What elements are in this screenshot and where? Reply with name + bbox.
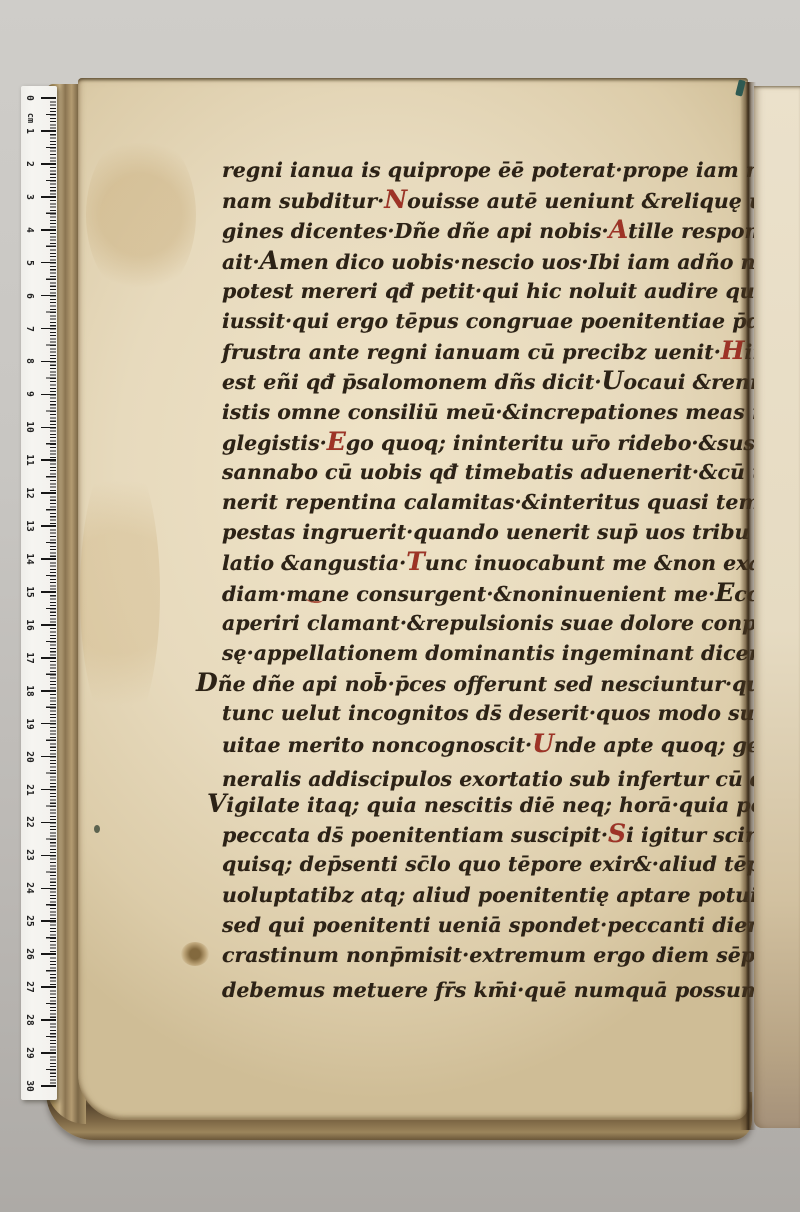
rubricated-initial: A bbox=[609, 215, 628, 244]
rubricated-initial: S bbox=[608, 819, 626, 848]
text-segment: potest mereri qđ petit·qui hic noluit au… bbox=[222, 279, 783, 303]
ruler-cm-tick bbox=[41, 196, 56, 198]
text-segment: men dico uobis·nescio uos·Ibi iam adño n… bbox=[279, 250, 784, 274]
text-segment: regni ianua is quiprope ēē poterat·prope… bbox=[222, 158, 800, 182]
text-segment: frustra ante regni ianuam cū precibz uen… bbox=[222, 340, 721, 364]
ruler-cm-tick bbox=[41, 558, 56, 560]
ruler-cm-number: 28 bbox=[23, 1013, 35, 1027]
ruler-cm-number: 15 bbox=[23, 585, 35, 599]
ruler-cm-tick bbox=[41, 1085, 56, 1087]
manuscript-text-line: gines dicentes·Dñe dñe api nobis·Atille … bbox=[222, 215, 734, 245]
text-segment: ait· bbox=[222, 250, 260, 274]
ruler-cm-tick bbox=[41, 163, 56, 165]
manuscript-text-line: Vigilate itaq; quia nescitis diē neq; ho… bbox=[207, 789, 734, 819]
text-segment: gines dicentes·Dñe dñe api nobis· bbox=[222, 219, 609, 243]
manuscript-text-line: sed qui poenitenti ueniā spondet·peccant… bbox=[222, 910, 734, 940]
ruler-cm-number: 5 bbox=[23, 256, 35, 270]
ruler-cm-tick bbox=[41, 459, 56, 461]
photo-backdrop: regni ianua is quiprope ēē poterat·prope… bbox=[0, 0, 800, 1212]
ruler-cm-number: 30 bbox=[23, 1079, 35, 1093]
manuscript-text-line: peccata ds̄ poenitentiam suscipit·Si igi… bbox=[222, 819, 734, 849]
ruler-cm-tick bbox=[41, 624, 56, 626]
ruler-cm-number: 29 bbox=[23, 1046, 35, 1060]
manuscript-text-line: nam subditur·Nouisse autē ueniunt &reliq… bbox=[222, 185, 734, 215]
text-segment: sę·appellationem dominantis ingeminant d… bbox=[222, 641, 800, 665]
ruler-cm-tick bbox=[41, 1019, 56, 1021]
ruler-cm-tick bbox=[41, 789, 56, 791]
rubricated-initial: N bbox=[384, 185, 407, 214]
stain bbox=[80, 448, 160, 738]
ruler-cm-tick bbox=[41, 756, 56, 758]
ruler-cm-tick bbox=[41, 986, 56, 988]
text-segment: latio &angustia· bbox=[222, 551, 406, 575]
ruler-cm-tick bbox=[41, 1052, 56, 1054]
facing-page-edge bbox=[754, 86, 800, 1128]
ruler-cm-number: 4 bbox=[23, 223, 35, 237]
manuscript-text-line: istis omne consiliū meū·&increpationes m… bbox=[222, 397, 734, 427]
ruler-cm-tick bbox=[41, 295, 56, 297]
text-segment: peccata ds̄ poenitentiam suscipit· bbox=[222, 823, 608, 847]
ruler-cm-tick bbox=[41, 591, 56, 593]
manuscript-text-line: uoluptatibz atq; aliud poenitentię aptar… bbox=[222, 880, 734, 910]
text-segment: est eñi qđ p̄salomonem dñs dicit· bbox=[222, 370, 602, 394]
manuscript-page: regni ianua is quiprope ēē poterat·prope… bbox=[78, 78, 748, 1120]
ruler-cm-tick bbox=[41, 427, 56, 429]
stain bbox=[94, 825, 100, 833]
manuscript-text-line: iussit·qui ergo tēpus congruae poenitent… bbox=[222, 306, 734, 336]
text-segment: pestas ingruerit·quando uenerit sup̄ uos… bbox=[222, 520, 749, 544]
ruler-cm-number: 13 bbox=[23, 519, 35, 533]
ruler-cm-tick bbox=[41, 657, 56, 659]
manuscript-text-line: debemus metuere fr̄s km̄i·quē numquā pos… bbox=[222, 970, 734, 1000]
ruler-cm-number: 21 bbox=[23, 783, 35, 797]
measuring-ruler: cm 0123456789101112131415161718192021222… bbox=[21, 86, 57, 1100]
initial-letter: D bbox=[196, 668, 218, 697]
stain bbox=[181, 942, 209, 966]
text-segment: istis omne consiliū meū·&increpationes m… bbox=[222, 400, 780, 424]
ruler-cm-number: 17 bbox=[23, 651, 35, 665]
ruler-cm-tick bbox=[41, 723, 56, 725]
ruler-cm-tick bbox=[41, 130, 56, 132]
text-segment: nam subditur· bbox=[222, 189, 384, 213]
ruler-cm-number: 10 bbox=[23, 420, 35, 434]
ruler-cm-tick bbox=[41, 953, 56, 955]
ruler-cm-number: 3 bbox=[23, 190, 35, 204]
manuscript-text-line: tunc uelut incognitos ds̄ deserit·quos m… bbox=[222, 698, 734, 728]
text-segment: quisq; dep̄senti sc̄lo quo tēpore exir&·… bbox=[222, 852, 787, 876]
ruler-cm-number: 1 bbox=[23, 124, 35, 138]
rubricated-initial: E bbox=[327, 427, 346, 456]
ruler-cm-tick bbox=[41, 690, 56, 692]
manuscript-text-line: glegistis·Ego quoq; ininteritu ur̄o ride… bbox=[222, 427, 734, 457]
stain bbox=[86, 130, 196, 300]
manuscript-text-line: pestas ingruerit·quando uenerit sup̄ uos… bbox=[222, 517, 734, 547]
manuscript-text-line: nerit repentina calamitas·&interitus qua… bbox=[222, 487, 734, 517]
manuscript-text-block: regni ianua is quiprope ēē poterat·prope… bbox=[222, 155, 734, 1000]
ruler-cm-number: 27 bbox=[23, 980, 35, 994]
ruler-cm-number: 19 bbox=[23, 717, 35, 731]
ruler-cm-number: 9 bbox=[23, 387, 35, 401]
manuscript-text-line: uitae merito noncognoscit·Unde apte quoq… bbox=[222, 729, 734, 759]
manuscript-text-line: Dñe dñe api nob̄·p̄ces offerunt sed nesc… bbox=[196, 668, 734, 698]
ruler-cm-number: 2 bbox=[23, 157, 35, 171]
ruler-cm-number: 0 bbox=[23, 91, 35, 105]
manuscript-text-line: est eñi qđ p̄salomonem dñs dicit·Uocaui … bbox=[222, 366, 734, 396]
text-segment: tunc uelut incognitos ds̄ deserit·quos m… bbox=[222, 701, 780, 725]
initial-letter: E bbox=[715, 578, 734, 607]
ruler-cm-tick bbox=[41, 361, 56, 363]
ruler-cm-tick bbox=[41, 229, 56, 231]
manuscript-text-line: frustra ante regni ianuam cū precibz uen… bbox=[222, 336, 734, 366]
ruler-cm-tick bbox=[41, 888, 56, 890]
text-segment: nerit repentina calamitas·&interitus qua… bbox=[222, 490, 760, 514]
text-segment: neralis addiscipulos exortatio sub infer… bbox=[222, 767, 800, 791]
text-segment: unc inuocabunt me &non exau bbox=[425, 551, 777, 575]
initial-letter: V bbox=[207, 789, 226, 818]
manuscript-text-line: diam·mane consurgent·&noninuenient me·Ec… bbox=[222, 578, 734, 608]
manuscript-text-line: ait·Amen dico uobis·nescio uos·Ibi iam a… bbox=[222, 246, 734, 276]
ruler-cm-number: 23 bbox=[23, 848, 35, 862]
text-segment: sed qui poenitenti ueniā spondet·peccant… bbox=[222, 913, 769, 937]
ruler-cm-tick bbox=[41, 525, 56, 527]
ruler-cm-tick bbox=[41, 262, 56, 264]
ruler-cm-number: 24 bbox=[23, 881, 35, 895]
manuscript-text-line: neralis addiscipulos exortatio sub infer… bbox=[222, 759, 734, 789]
initial-letter: A bbox=[260, 246, 279, 275]
manuscript-text-line: crastinum nonp̄misit·extremum ergo diem … bbox=[222, 940, 734, 970]
manuscript-text-line: sannabo cū uobis qđ timebatis aduenerit·… bbox=[222, 457, 734, 487]
ruler-cm-tick bbox=[41, 97, 56, 99]
ruler-cm-number: 22 bbox=[23, 815, 35, 829]
text-segment: ouisse autē ueniunt &reliquę uir bbox=[407, 189, 782, 213]
ruler-cm-number: 14 bbox=[23, 552, 35, 566]
ruler-cm-number: 25 bbox=[23, 914, 35, 928]
ruler-cm-number: 6 bbox=[23, 289, 35, 303]
text-segment: igilate itaq; quia nescitis diē neq; hor… bbox=[226, 793, 785, 817]
manuscript-text-line: regni ianua is quiprope ēē poterat·prope… bbox=[222, 155, 734, 185]
text-segment: sannabo cū uobis qđ timebatis aduenerit·… bbox=[222, 460, 780, 484]
text-segment: ñe dñe api nob̄·p̄ces offerunt sed nesci… bbox=[218, 672, 783, 696]
ruler-cm-tick bbox=[41, 920, 56, 922]
manuscript-text-line: potest mereri qđ petit·qui hic noluit au… bbox=[222, 276, 734, 306]
text-segment: uitae merito noncognoscit· bbox=[222, 733, 532, 757]
manuscript-text-line: sę·appellationem dominantis ingeminant d… bbox=[222, 638, 734, 668]
initial-letter: U bbox=[602, 366, 624, 395]
ruler-cm-number: 26 bbox=[23, 947, 35, 961]
rubricated-initial: T bbox=[406, 547, 425, 576]
text-segment: go quoq; ininteritu ur̄o ridebo·&sus bbox=[346, 431, 755, 455]
text-segment: crastinum nonp̄misit·extremum ergo diem … bbox=[222, 943, 755, 967]
rubricated-initial: U bbox=[532, 729, 554, 758]
text-segment: diam·mane consurgent·&noninuenient me· bbox=[222, 582, 715, 606]
ruler-cm-tick bbox=[41, 822, 56, 824]
ruler-cm-number: 16 bbox=[23, 618, 35, 632]
ruler-unit-label: cm bbox=[23, 111, 35, 125]
text-segment: aperiri clamant·&repulsionis suae dolore… bbox=[222, 611, 779, 635]
text-segment: debemus metuere fr̄s km̄i·quē numquā pos… bbox=[222, 978, 763, 1002]
ruler-cm-tick bbox=[41, 855, 56, 857]
text-segment: nde apte quoq; ge bbox=[554, 733, 760, 757]
manuscript-text-line: aperiri clamant·&repulsionis suae dolore… bbox=[222, 608, 734, 638]
ruler-cm-tick bbox=[41, 328, 56, 330]
ruler-cm-tick bbox=[41, 492, 56, 494]
ruler-cm-tick bbox=[41, 394, 56, 396]
text-segment: uoluptatibz atq; aliud poenitentię aptar… bbox=[222, 883, 800, 907]
ruler-cm-number: 12 bbox=[23, 486, 35, 500]
ruler-cm-number: 7 bbox=[23, 322, 35, 336]
manuscript-text-line: latio &angustia·Tunc inuocabunt me &non … bbox=[222, 547, 734, 577]
ruler-cm-number: 8 bbox=[23, 354, 35, 368]
ruler-cm-number: 18 bbox=[23, 684, 35, 698]
text-segment: glegistis· bbox=[222, 431, 327, 455]
ruler-cm-number: 20 bbox=[23, 750, 35, 764]
text-segment: iussit·qui ergo tēpus congruae poenitent… bbox=[222, 309, 800, 333]
manuscript-text-line: quisq; dep̄senti sc̄lo quo tēpore exir&·… bbox=[222, 849, 734, 879]
ruler-cm-number: 11 bbox=[23, 453, 35, 467]
